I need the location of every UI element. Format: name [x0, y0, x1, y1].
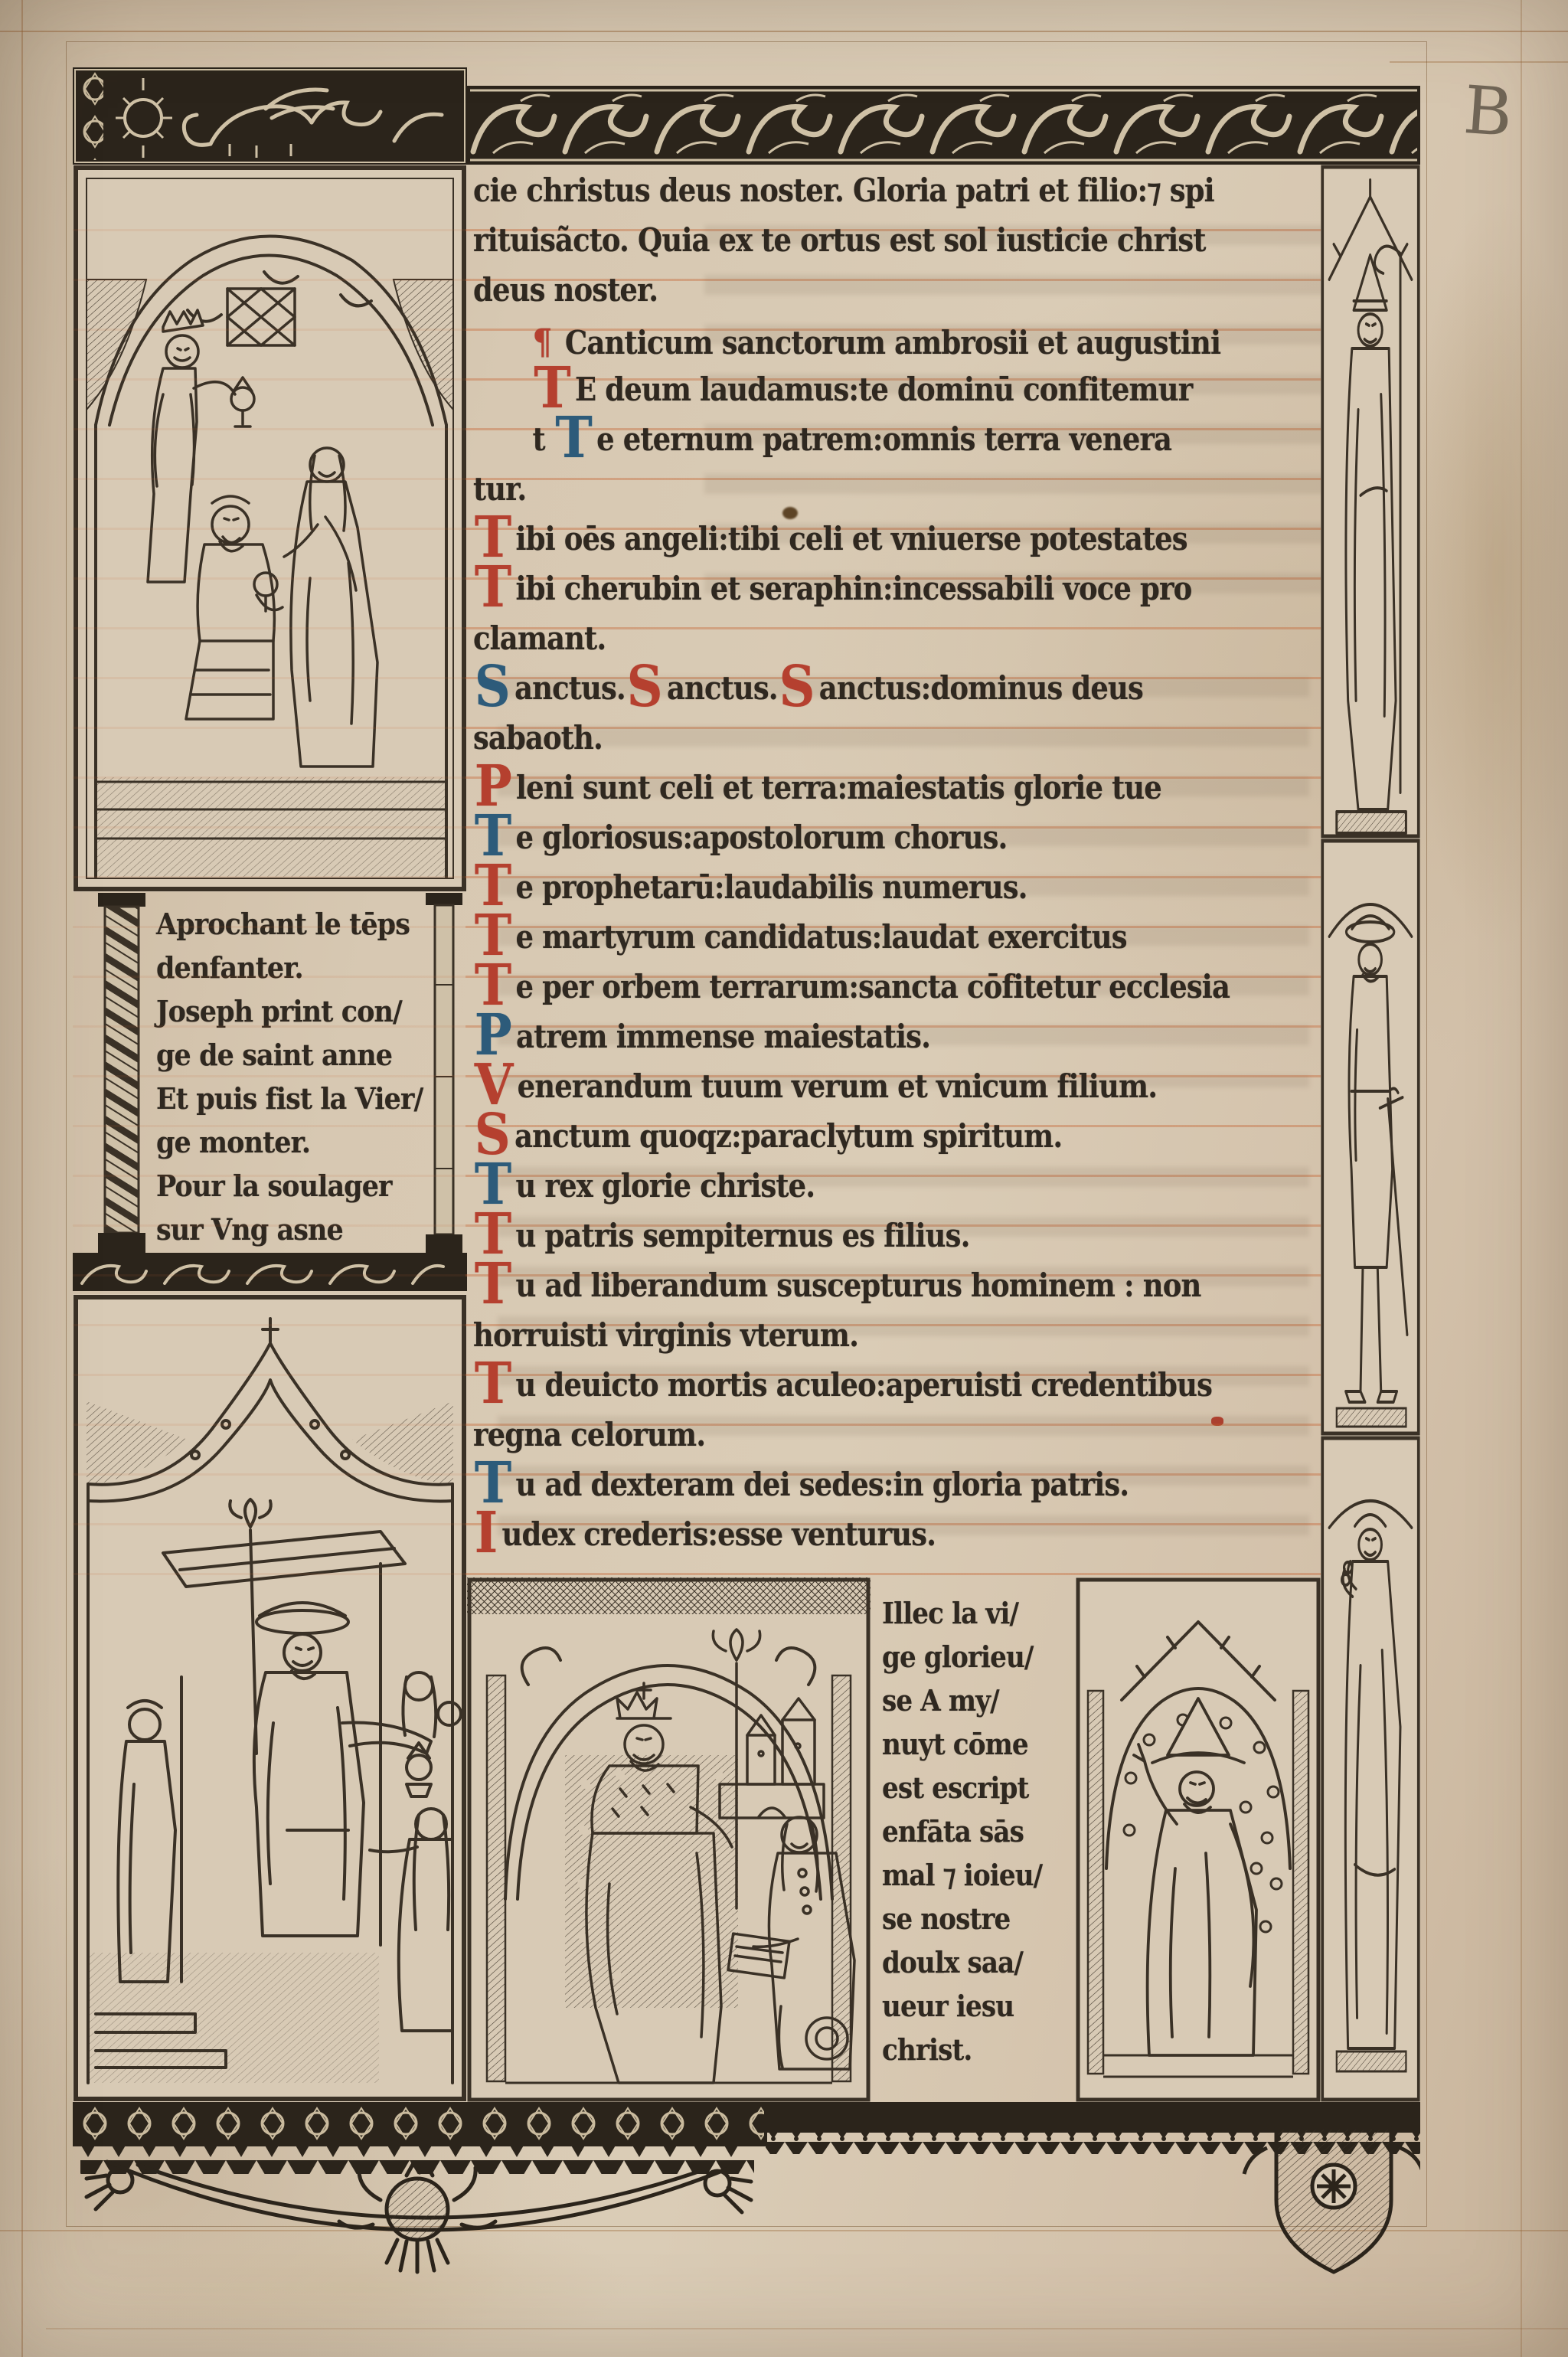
line-text: deus noster. — [473, 271, 658, 309]
left-caption: Aprochant le tēpsdenfanter.Joseph print … — [156, 907, 429, 1256]
top-border-right-ornament — [467, 86, 1420, 165]
line-text: u ad dexteram dei sedes:in gloria patris… — [516, 1466, 1129, 1503]
lombardic-initial: T — [475, 817, 511, 855]
line-text: tur. — [473, 470, 526, 508]
lombardic-initial: T — [475, 1215, 511, 1254]
right-border-praying-man — [1321, 1436, 1420, 2102]
caption-line: mal ⁊ ioieu∕ — [882, 1858, 1054, 1901]
caption-line: Et puis fist la Vier∕ — [156, 1081, 407, 1125]
text-line: Te per orbem terrarum:sancta cōfitetur e… — [473, 968, 1228, 1018]
line-text: anctus:dominus deus — [819, 669, 1143, 707]
right-border-bishop — [1321, 165, 1420, 839]
text-line: regna celorum. — [473, 1416, 1228, 1466]
text-line: Te martyrum candidatus:laudat exercitus — [473, 918, 1228, 968]
woodcut-king-and-prophet-panel — [467, 1577, 871, 2102]
left-caption-right-column — [426, 893, 462, 1253]
line-text: anctus. — [667, 669, 778, 707]
lombardic-initial: T — [534, 369, 570, 407]
leaf-band — [73, 1253, 467, 1291]
ruled-margin-line — [21, 0, 23, 2357]
line-text: e eternum patrem:omnis terra venera — [596, 420, 1171, 458]
line-text: atrem immense maiestatis. — [516, 1018, 930, 1055]
line-text: sabaoth. — [473, 719, 603, 757]
plain-column — [426, 893, 462, 1253]
caption-line: ge monter. — [156, 1125, 407, 1169]
text-line: Tibi oēs angeli:tibi celi et vniuerse po… — [473, 520, 1228, 570]
king-with-scepter-and-seated-prophet-woodcut — [467, 1577, 871, 2102]
caption-line: christ. — [882, 2032, 1054, 2076]
lombardic-initial: T — [475, 1165, 511, 1204]
text-line: Iudex crederis:esse venturus. — [473, 1515, 1228, 1565]
text-line: t Te eternum patrem:omnis terra venera — [473, 420, 1228, 470]
ruled-margin-line — [1521, 0, 1522, 2357]
text-line: Tu deuicto mortis aculeo:aperuisti crede… — [473, 1366, 1228, 1416]
te-deum-lines: cie christus deus noster. Gloria patri e… — [473, 172, 1331, 1565]
bottom-border-ornament — [73, 2102, 1420, 2293]
caption-line: ueur iesu — [882, 1989, 1054, 2032]
caption-line: doulx saa∕ — [882, 1945, 1054, 1989]
twisted-column — [98, 893, 145, 1253]
text-line: horruisti virginis vterum. — [473, 1316, 1228, 1366]
bottom-caption: Illec la vi∕ge glorieu∕se A my∕nuyt cōme… — [882, 1596, 1073, 2076]
lombardic-initial: T — [475, 518, 511, 557]
text-line: Pleni sunt celi et terra:maiestatis glor… — [473, 769, 1228, 819]
lombardic-initial: T — [475, 867, 511, 905]
line-text: rituisãcto. Quia ex te ortus est sol ius… — [473, 221, 1206, 259]
acanthus-leaf-frieze — [467, 86, 1420, 165]
text-line: Tibi cherubin et seraphin:incessabili vo… — [473, 570, 1228, 619]
line-text: e per orbem terrarum:sancta cōfitetur ec… — [516, 968, 1230, 1005]
bishop-with-crosier-figure — [1321, 165, 1420, 839]
woodcut-stargazer-panel — [1076, 1577, 1321, 2102]
line-text: horruisti virginis vterum. — [473, 1316, 858, 1354]
line-text: clamant. — [473, 619, 606, 657]
lombardic-initial: T — [475, 966, 511, 1005]
manuscript-page-photo: B — [0, 0, 1568, 2357]
text-line: tur. — [473, 470, 1228, 520]
line-text: enerandum tuum verum et vnicum filium. — [518, 1067, 1158, 1105]
text-line: rituisãcto. Quia ex te ortus est sol ius… — [473, 221, 1228, 271]
line-text: u ad liberandum suscepturus hominem : no… — [516, 1267, 1201, 1304]
ruled-margin-line — [1390, 61, 1568, 63]
caption-line: Pour la soulager — [156, 1169, 407, 1212]
ruled-margin-line — [46, 2328, 1568, 2329]
line-text: u deuicto mortis aculeo:aperuisti creden… — [516, 1366, 1213, 1404]
lombardic-initial: S — [779, 668, 814, 706]
line-text: leni sunt celi et terra:maiestatis glori… — [516, 769, 1161, 806]
text-line: Sanctum quoqz:paraclytum spiritum. — [473, 1117, 1228, 1167]
line-text: t — [532, 420, 554, 458]
caption-line: ge glorieu∕ — [882, 1639, 1054, 1683]
right-border-swordsman — [1321, 839, 1420, 1436]
woodcut-holy-family-panel — [73, 165, 467, 892]
left-caption-left-column — [98, 893, 145, 1253]
holy-family-adoration-woodcut — [73, 165, 467, 892]
lombardic-initial: T — [475, 568, 511, 606]
man-with-sword-figure — [1321, 839, 1420, 1436]
line-text: Canticum sanctorum ambrosii et augustini — [565, 324, 1220, 361]
line-text: cie christus deus noster. Gloria patri e… — [473, 172, 1214, 209]
text-line: sabaoth. — [473, 719, 1228, 769]
text-line: clamant. — [473, 619, 1228, 669]
line-text: regna celorum. — [473, 1416, 705, 1453]
lombardic-initial: T — [555, 419, 592, 457]
lombardic-initial: S — [475, 1116, 510, 1154]
text-line: cie christus deus noster. Gloria patri e… — [473, 172, 1228, 221]
lombardic-initial: T — [475, 1365, 511, 1403]
caption-line: se A my∕ — [882, 1683, 1054, 1727]
line-text: E deum laudamus:te dominū confitemur — [575, 371, 1192, 408]
lace-fringe-with-pomegranate-pendant-and-shield — [73, 2102, 1420, 2293]
lombardic-initial: P — [475, 767, 511, 806]
text-line: Te prophetarū:laudabilis numerus. — [473, 868, 1228, 918]
ruled-margin-line — [0, 31, 1568, 32]
woodcut-court-scene-panel — [73, 1294, 467, 2102]
praying-man-figure — [1321, 1436, 1420, 2102]
line-text: e prophetarū:laudabilis numerus. — [516, 868, 1027, 906]
lombardic-initial: T — [475, 917, 511, 955]
caption-line: denfanter. — [156, 950, 407, 994]
lombardic-initial: T — [475, 1464, 511, 1502]
text-line: ¶Canticum sanctorum ambrosii et augustin… — [473, 321, 1228, 371]
stargazing-prophet-woodcut — [1076, 1577, 1321, 2102]
line-text: u rex glorie christe. — [516, 1167, 815, 1205]
king-enthroned-with-offering-women-woodcut — [73, 1294, 467, 2102]
line-text: anctum quoqz:paraclytum spiritum. — [514, 1117, 1062, 1155]
lombardic-initial: V — [475, 1066, 513, 1104]
text-line: Tu rex glorie christe. — [473, 1167, 1228, 1217]
text-line: deus noster. — [473, 271, 1228, 321]
text-line: Sanctus.Sanctus.Sanctus:dominus deus — [473, 669, 1228, 719]
caption-line: Joseph print con∕ — [156, 994, 407, 1038]
text-line: Tu ad liberandum suscepturus hominem : n… — [473, 1267, 1228, 1316]
line-text: ibi oēs angeli:tibi celi et vniuerse pot… — [516, 520, 1187, 557]
caption-line: est escript — [882, 1770, 1054, 1814]
text-line: Venerandum tuum verum et vnicum filium. — [473, 1067, 1228, 1117]
caption-line: Illec la vi∕ — [882, 1596, 1054, 1639]
caption-line: enfāta sās — [882, 1814, 1054, 1858]
lombardic-initial: T — [475, 1265, 511, 1303]
handwritten-folio-mark: B — [1462, 72, 1515, 152]
parchment-stain — [1409, 199, 1568, 950]
line-text: e gloriosus:apostolorum chorus. — [516, 819, 1008, 856]
griffin-and-sunflower-frieze — [73, 67, 467, 165]
line-text: udex crederis:esse venturus. — [502, 1515, 936, 1553]
lombardic-initial: P — [475, 1016, 511, 1054]
text-line: Te gloriosus:apostolorum chorus. — [473, 819, 1228, 868]
text-line: Tu ad dexteram dei sedes:in gloria patri… — [473, 1466, 1228, 1515]
top-border-left-ornament — [73, 67, 467, 165]
line-text: e martyrum candidatus:laudat exercitus — [516, 918, 1127, 956]
lombardic-initial: I — [475, 1514, 498, 1552]
caption-line: sur Vng asne — [156, 1212, 407, 1256]
caption-line: ge de saint anne — [156, 1038, 407, 1081]
lombardic-initial: S — [627, 668, 662, 706]
caption-line: se nostre — [882, 1901, 1054, 1945]
text-line: Tu patris sempiternus es filius. — [473, 1217, 1228, 1267]
line-text: ibi cherubin et seraphin:incessabili voc… — [516, 570, 1192, 607]
lombardic-initial: S — [475, 668, 510, 706]
text-line: Patrem immense maiestatis. — [473, 1018, 1228, 1067]
line-text: anctus. — [514, 669, 626, 707]
left-small-frieze — [73, 1253, 467, 1291]
caption-line: Aprochant le tēps — [156, 907, 407, 950]
caption-line: nuyt cōme — [882, 1727, 1054, 1770]
line-text: u patris sempiternus es filius. — [516, 1217, 970, 1254]
